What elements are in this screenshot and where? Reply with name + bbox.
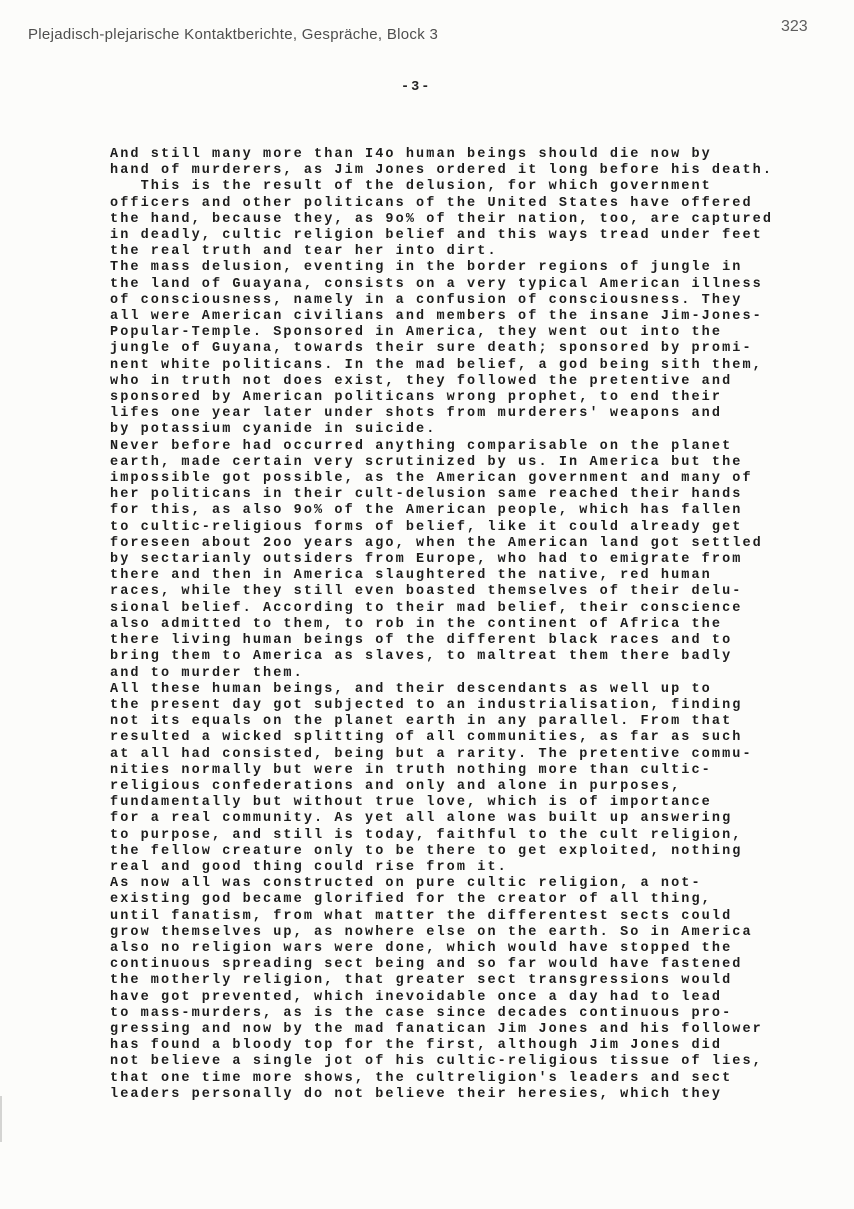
scan-edge-artifact [0, 1096, 2, 1142]
page-number: 323 [781, 18, 808, 36]
typewritten-body-text: And still many more than I4o human being… [110, 147, 773, 1103]
section-page-label: -3- [401, 80, 431, 95]
document-header-title: Plejadisch-plejarische Kontaktberichte, … [28, 26, 438, 43]
scanned-document-page: { "header": { "title": "Plejadisch-pleja… [0, 0, 854, 1209]
